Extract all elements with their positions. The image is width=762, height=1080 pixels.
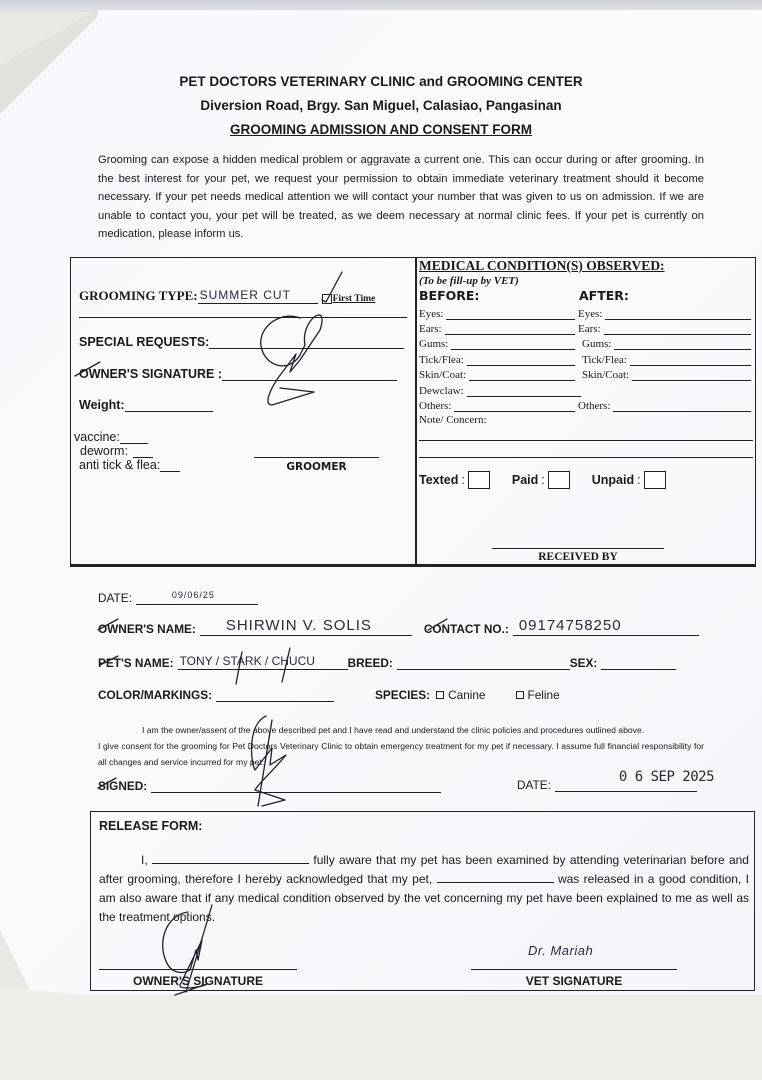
before-heading: BEFORE: xyxy=(419,288,479,303)
contact-value: 09174758250 xyxy=(519,617,622,634)
after-field-row: Ears: xyxy=(578,323,751,335)
species-canine-option[interactable]: Canine xyxy=(436,688,485,702)
received-by-line[interactable] xyxy=(492,548,664,549)
form-title: GROOMING ADMISSION AND CONSENT FORM xyxy=(0,118,762,142)
texted-checkbox[interactable] xyxy=(468,471,490,489)
consent-date-row: DATE: 0 6 SEP 2025 xyxy=(517,778,697,792)
canine-label: Canine xyxy=(448,688,485,702)
signed-field[interactable] xyxy=(151,779,441,793)
before-field-input[interactable] xyxy=(467,355,575,366)
after-field-label: Skin/Coat: xyxy=(582,369,629,381)
note-line-1[interactable] xyxy=(419,440,753,441)
after-field-label: Ears: xyxy=(578,323,601,335)
sex-label: SEX: xyxy=(570,656,598,670)
pet-name-field[interactable]: TONY / STARK / CHUCU xyxy=(178,656,348,670)
unpaid-checkbox[interactable] xyxy=(644,471,666,489)
paid-label: Paid xyxy=(512,473,538,487)
after-field-label: Others: xyxy=(578,400,610,412)
vet-signature-label: VET SIGNATURE xyxy=(471,974,677,988)
before-field-label: Eyes: xyxy=(419,308,443,320)
before-field-row: Others: xyxy=(419,400,575,412)
consent-text-1: I am the owner/assent of the above descr… xyxy=(98,722,704,738)
weight-label: Weight: xyxy=(79,398,125,412)
release-text-a: I, xyxy=(141,853,148,867)
before-field-input[interactable] xyxy=(451,339,575,350)
after-field-label: Eyes: xyxy=(578,308,602,320)
release-form-box: RELEASE FORM: I, fully aware that my pet… xyxy=(90,811,755,991)
paid-option[interactable]: Paid: xyxy=(512,471,570,489)
before-field-input[interactable] xyxy=(467,386,581,397)
weight-field[interactable] xyxy=(125,398,213,412)
antitick-label: anti tick & flea: xyxy=(79,458,160,472)
before-field-label: Skin/Coat: xyxy=(419,369,466,381)
before-field-input[interactable] xyxy=(445,324,575,335)
color-species-row: COLOR/MARKINGS: SPECIES: Canine Feline xyxy=(98,688,560,702)
texted-label: Texted xyxy=(419,473,458,487)
after-field-input[interactable] xyxy=(613,401,751,412)
note-concern-text: Note/ Concern: xyxy=(419,414,487,426)
deworm-row: deworm: xyxy=(80,444,153,458)
before-field-row: Gums: xyxy=(419,338,575,350)
before-field-label: Others: xyxy=(419,400,451,412)
before-field-row: Ears: xyxy=(419,323,575,335)
species-label: SPECIES: xyxy=(375,688,430,702)
antitick-field[interactable] xyxy=(160,461,180,472)
antitick-row: anti tick & flea: xyxy=(79,458,180,472)
deworm-field[interactable] xyxy=(133,447,153,458)
groomer-label: GROOMER xyxy=(254,461,379,473)
vaccine-label: vaccine: xyxy=(74,430,120,444)
vet-signature-line[interactable] xyxy=(471,969,677,970)
first-time-option[interactable]: First Time xyxy=(322,294,376,304)
deworm-label: deworm: xyxy=(80,444,128,458)
note-line-2[interactable] xyxy=(419,457,753,458)
after-field-input[interactable] xyxy=(632,370,751,381)
release-pet-name-field[interactable] xyxy=(437,871,554,883)
scanner-bed-bottom xyxy=(0,990,762,1080)
clinic-address: Diversion Road, Brgy. San Miguel, Calasi… xyxy=(0,94,762,118)
canine-checkbox[interactable] xyxy=(436,691,444,699)
unpaid-option[interactable]: Unpaid: xyxy=(592,471,666,489)
received-by-label: RECEIVED BY xyxy=(492,551,664,563)
consent-text: I am the owner/assent of the above descr… xyxy=(98,722,704,770)
after-field-row: Eyes: xyxy=(578,308,751,320)
grooming-medical-box: GROOMING TYPE: SUMMER CUT First Time SPE… xyxy=(70,257,756,567)
before-field-label: Ears: xyxy=(419,323,442,335)
color-label: COLOR/MARKINGS: xyxy=(98,688,212,702)
before-field-row: Skin/Coat: xyxy=(419,369,575,381)
feline-checkbox[interactable] xyxy=(516,691,524,699)
grooming-type-field[interactable]: SUMMER CUT xyxy=(198,290,318,304)
date-field[interactable]: 09/06/25 xyxy=(136,591,258,605)
consent-date-field[interactable]: 0 6 SEP 2025 xyxy=(555,778,697,792)
species-feline-option[interactable]: Feline xyxy=(516,688,560,702)
consent-date-label: DATE: xyxy=(517,778,551,792)
owner-name-field[interactable]: SHIRWIN V. SOLIS xyxy=(200,622,412,636)
after-field-label: Tick/Flea: xyxy=(582,354,627,366)
owner-name-label: OWNER'S NAME: xyxy=(98,622,196,636)
form-header: PET DOCTORS VETERINARY CLINIC and GROOMI… xyxy=(0,70,762,142)
feline-label: Feline xyxy=(528,688,560,702)
intro-paragraph: Grooming can expose a hidden medical pro… xyxy=(98,151,704,244)
special-requests-row: SPECIAL REQUESTS: xyxy=(79,335,404,349)
after-field-row: Others: xyxy=(578,400,751,412)
color-field[interactable] xyxy=(216,688,334,702)
after-field-row: Gums: xyxy=(582,338,751,350)
medical-title: MEDICAL CONDITION(S) OBSERVED: xyxy=(419,258,665,274)
owner-name-value: SHIRWIN V. SOLIS xyxy=(226,617,372,634)
before-field-label: Gums: xyxy=(419,338,448,350)
vaccine-field[interactable] xyxy=(120,433,148,444)
before-field-input[interactable] xyxy=(446,309,575,320)
date-row: DATE: 09/06/25 xyxy=(98,591,258,605)
before-field-label: Dewclaw: xyxy=(419,385,464,397)
consent-date-stamp: 0 6 SEP 2025 xyxy=(619,769,714,785)
paid-checkbox[interactable] xyxy=(548,471,570,489)
before-field-label: Tick/Flea: xyxy=(419,354,464,366)
medical-section: MEDICAL CONDITION(S) OBSERVED: (To be fi… xyxy=(417,258,755,564)
grooming-section: GROOMING TYPE: SUMMER CUT First Time SPE… xyxy=(71,258,415,564)
release-title: RELEASE FORM: xyxy=(99,819,202,833)
release-owner-signature-label: OWNER'S SIGNATURE xyxy=(99,974,297,988)
texted-option[interactable]: Texted: xyxy=(419,471,490,489)
contact-field[interactable]: 09174758250 xyxy=(513,622,699,636)
release-owner-signature-line[interactable] xyxy=(99,969,297,970)
grooming-type-label: GROOMING TYPE: xyxy=(79,288,198,304)
grooming-type-row: GROOMING TYPE: SUMMER CUT First Time xyxy=(79,288,375,304)
owner-signature-row: OWNER'S SIGNATURE : xyxy=(79,367,397,381)
breed-label: BREED: xyxy=(348,656,393,670)
pet-name-label: PET'S NAME: xyxy=(98,656,174,670)
owner-signature-field[interactable] xyxy=(222,367,397,381)
note-concern-label: Note/ Concern: xyxy=(419,414,487,426)
before-field-input[interactable] xyxy=(469,370,575,381)
after-field-input[interactable] xyxy=(614,339,751,350)
release-owner-name-field[interactable] xyxy=(152,852,309,864)
before-field-input[interactable] xyxy=(454,401,575,412)
medical-subtitle: (To be fill-up by VET) xyxy=(419,275,519,287)
clinic-name: PET DOCTORS VETERINARY CLINIC and GROOMI… xyxy=(0,70,762,94)
pet-row: PET'S NAME: TONY / STARK / CHUCU BREED: … xyxy=(98,656,676,670)
special-requests-field[interactable] xyxy=(209,335,404,349)
after-field-input[interactable] xyxy=(605,309,751,320)
date-value: 09/06/25 xyxy=(172,590,215,600)
pet-name-value: TONY / STARK / CHUCU xyxy=(180,654,315,668)
status-checkboxes: Texted: Paid: Unpaid: xyxy=(419,471,666,489)
groomer-signature-line[interactable] xyxy=(254,457,379,458)
after-field-input[interactable] xyxy=(604,324,751,335)
signed-row: SIGNED: xyxy=(98,779,441,793)
grooming-type-value: SUMMER CUT xyxy=(200,288,291,302)
before-field-row: Dewclaw: xyxy=(419,385,581,397)
after-heading: AFTER: xyxy=(579,288,629,303)
owner-contact-row: OWNER'S NAME: SHIRWIN V. SOLIS CONTACT N… xyxy=(98,622,699,636)
before-field-row: Tick/Flea: xyxy=(419,354,575,366)
consent-text-2: I give consent for the grooming for Pet … xyxy=(98,738,704,770)
after-field-input[interactable] xyxy=(630,355,751,366)
unpaid-label: Unpaid xyxy=(592,473,634,487)
sex-field[interactable] xyxy=(601,656,676,670)
release-paragraph: I, fully aware that my pet has been exam… xyxy=(99,851,749,927)
special-requests-label: SPECIAL REQUESTS: xyxy=(79,335,209,349)
breed-field[interactable] xyxy=(397,656,570,670)
grooming-type-extra-line xyxy=(79,317,407,318)
first-time-checkbox[interactable] xyxy=(322,294,332,304)
first-time-label: First Time xyxy=(333,294,376,304)
after-field-label: Gums: xyxy=(582,338,611,350)
vaccine-row: vaccine: xyxy=(74,430,148,444)
contact-label: CONTACT NO.: xyxy=(424,622,509,636)
vet-signature-value: Dr. Mariah xyxy=(528,943,593,958)
before-field-row: Eyes: xyxy=(419,308,575,320)
after-field-row: Tick/Flea: xyxy=(582,354,751,366)
owner-signature-label: OWNER'S SIGNATURE : xyxy=(79,367,222,381)
signed-label: SIGNED: xyxy=(98,779,147,793)
date-label: DATE: xyxy=(98,591,132,605)
after-field-row: Skin/Coat: xyxy=(582,369,751,381)
weight-row: Weight: xyxy=(79,398,213,412)
